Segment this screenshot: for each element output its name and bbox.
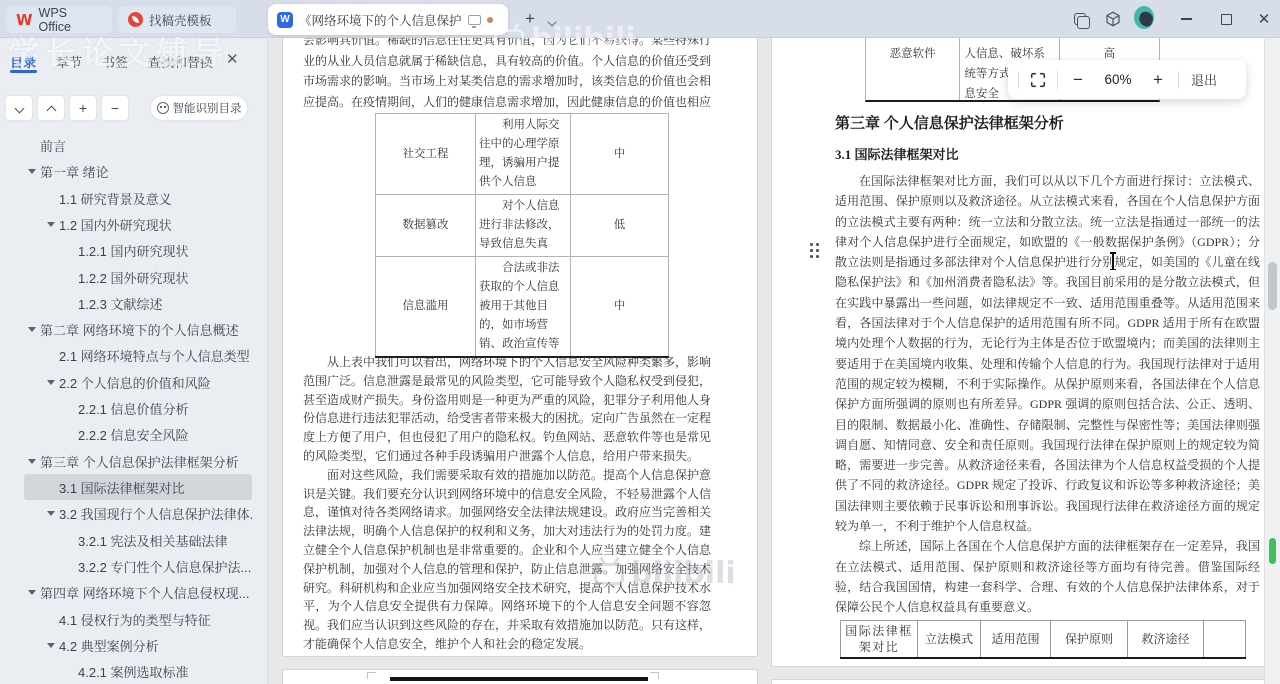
collapse-arrow-icon[interactable] — [45, 218, 57, 230]
maximize-button[interactable] — [1216, 9, 1236, 29]
toc-item-1-1[interactable]: 1.1 研究背景及意义 — [24, 185, 252, 211]
collapse-arrow-icon[interactable] — [45, 376, 57, 388]
toc-indent-spacer — [64, 560, 76, 572]
sidebar-tab-chapter[interactable]: 章节 — [56, 52, 82, 71]
tab-bar: W WPS Office 找稿壳模板 W 《网络环境下的个人信息保护 + ✕ — [0, 0, 1280, 38]
scrollbar-green-marker — [1269, 538, 1276, 564]
table-row: 信息滥用 合法或非法获取的个人信息被用于其他目的，如市场营销、政治宣传等 中 — [376, 257, 669, 358]
toc-item-3-2[interactable]: 3.2 我国现行个人信息保护法律体... — [24, 500, 252, 526]
smart-recognize-icon — [157, 102, 169, 114]
toc-indent-spacer — [45, 613, 57, 625]
doc-tab-title: 《网络环境下的个人信息保护 — [299, 11, 462, 29]
toc-item-preface[interactable]: 前言 — [24, 132, 252, 158]
collapse-arrow-icon[interactable] — [45, 507, 57, 519]
toc-indent-spacer — [64, 665, 76, 677]
zoom-out-outline-button[interactable]: − — [101, 95, 129, 121]
table-row: 国际法律框架对比 立法模式 适用范围 保护原则 救济途径 — [841, 621, 1246, 659]
toc-item-1-2-2[interactable]: 1.2.2 国外研究现状 — [24, 264, 252, 290]
tab-wps-label: WPS Office — [39, 6, 102, 34]
toc-indent-spacer — [45, 192, 57, 204]
toc-item-3-1-selected[interactable]: 3.1 国际法律框架对比 — [24, 474, 252, 500]
zoom-out-button[interactable]: − — [1068, 71, 1088, 88]
scrollbar-thumb[interactable] — [1268, 262, 1277, 310]
toolbar-divider — [1057, 71, 1058, 89]
toc-indent-spacer — [64, 428, 76, 440]
risk-type-cell: 恶意软件 — [866, 38, 960, 100]
chapter-heading: 第三章 个人信息保护法律框架分析 — [835, 112, 1064, 133]
collapse-arrow-icon[interactable] — [26, 455, 38, 467]
docer-icon — [128, 12, 143, 27]
zoom-toolbar: − 60% + 退出 — [1008, 60, 1246, 99]
risk-desc-cell: 利用人际交往中的心理学原理，诱骗用户提供个人信息 — [476, 114, 571, 195]
sidebar-tab-bookmark[interactable]: 书签 — [102, 52, 128, 71]
new-tab-button[interactable]: + — [518, 7, 542, 31]
tab-document-active[interactable]: W 《网络环境下的个人信息保护 — [268, 4, 508, 35]
document-next-page-right[interactable] — [772, 680, 1264, 684]
expand-all-button[interactable] — [5, 95, 33, 121]
table-row: 社交工程 利用人际交往中的心理学原理，诱骗用户提供个人信息 中 — [376, 114, 669, 195]
toc-item-2-2[interactable]: 2.2 个人信息的价值和风险 — [24, 369, 252, 395]
toc-indent-spacer — [45, 349, 57, 361]
risk-level-cell: 中 — [571, 114, 669, 195]
risk-type-cell: 社交工程 — [376, 114, 476, 195]
next-table-top-border — [390, 677, 648, 681]
zoom-in-outline-button[interactable]: + — [69, 95, 97, 121]
left-page-paragraph-2: 面对这些风险，我们需要采取有效的措施加以防范。提高个人信息保护意识是关键。我们要… — [303, 466, 711, 654]
compare-header-cell: 适用范围 — [981, 621, 1051, 659]
risk-table: 社交工程 利用人际交往中的心理学原理，诱骗用户提供个人信息 中 数据篡改 对个人… — [375, 113, 669, 358]
risk-type-cell: 信息滥用 — [376, 257, 476, 358]
risk-desc-cell: 对个人信息进行非法修改，导致信息失真 — [476, 195, 571, 257]
fit-screen-icon[interactable] — [1029, 71, 1047, 89]
sidebar-tab-catalog[interactable]: 目录 — [10, 52, 36, 71]
compare-header-cell: 救济途径 — [1128, 621, 1204, 659]
risk-desc-cell: 合法或非法获取的个人信息被用于其他目的，如市场营销、政治宣传等 — [476, 257, 571, 358]
toc-indent-spacer — [26, 139, 38, 151]
zoom-level-value[interactable]: 60% — [1098, 72, 1138, 87]
active-tab-underline — [10, 70, 37, 73]
toc-indent-spacer — [64, 271, 76, 283]
page-margin-mark — [367, 672, 376, 679]
collapse-arrow-icon[interactable] — [26, 165, 38, 177]
section-heading: 3.1 国际法律框架对比 — [835, 144, 959, 163]
toc-item-ch3[interactable]: 第三章 个人信息保护法律框架分析 — [24, 448, 252, 474]
smart-recognize-label: 智能识别目录 — [173, 100, 242, 116]
toc-indent-spacer — [64, 297, 76, 309]
toc-indent-spacer — [64, 534, 76, 546]
document-page-left[interactable]: 会影响其价值。稀缺的信息往往更具有价值，因为它们不易获得。某些特殊行业的从业人员… — [283, 38, 757, 656]
table-row: 数据篡改 对个人信息进行非法修改，导致信息失真 低 — [376, 195, 669, 257]
toc-item-ch2[interactable]: 第二章 网络环境下的个人信息概述 — [24, 316, 252, 342]
toc-item-3-2-2[interactable]: 3.2.2 专门性个人信息保护法... — [24, 553, 252, 579]
sidebar-tab-find-replace[interactable]: 查找和替换 — [148, 52, 213, 71]
toc-indent-spacer — [64, 402, 76, 414]
toc-item-1-2[interactable]: 1.2 国内外研究现状 — [24, 211, 252, 237]
unsaved-dot-icon — [487, 17, 493, 23]
share-screen-icon — [468, 15, 481, 25]
toc-indent-spacer — [64, 244, 76, 256]
toc-item-2-2-2[interactable]: 2.2.2 信息安全风险 — [24, 421, 252, 447]
vertical-scrollbar[interactable] — [1264, 38, 1280, 684]
tab-docer-label: 找稿壳模板 — [149, 11, 212, 29]
toolbar-divider — [1178, 71, 1179, 89]
compare-header-cell: 保护原则 — [1051, 621, 1128, 659]
text-cursor — [1112, 252, 1114, 270]
collapse-arrow-icon[interactable] — [26, 586, 38, 598]
risk-level-cell: 中 — [571, 257, 669, 358]
toolbar-divider — [1018, 71, 1019, 89]
minimize-button[interactable] — [1176, 9, 1196, 29]
toc-item-ch4[interactable]: 第四章 网络环境下个人信息侵权现... — [24, 579, 252, 605]
smart-recognize-button[interactable]: 智能识别目录 — [150, 95, 248, 121]
toc-item-4-2[interactable]: 4.2 典型案例分析 — [24, 632, 252, 658]
right-page-paragraph-2: 综上所述，国际上各国在个人信息保护方面的法律框架存在一定差异，我国在立法模式、适… — [835, 536, 1260, 616]
right-page-paragraph-1: 在国际法律框架对比方面，我们可以从以下几个方面进行探讨：立法模式、适用范围、保护… — [835, 171, 1260, 536]
compare-table-header: 国际法律框架对比 立法模式 适用范围 保护原则 救济途径 — [840, 620, 1246, 659]
toc-item-2-2-1[interactable]: 2.2.1 信息价值分析 — [24, 395, 252, 421]
left-page-top-paragraph: 会影响其价值。稀缺的信息往往更具有价值，因为它们不易获得。某些特殊行业的从业人员… — [303, 38, 711, 112]
close-window-button[interactable]: ✕ — [1254, 9, 1274, 29]
zoom-in-button[interactable]: + — [1148, 71, 1168, 88]
toc-item-ch1[interactable]: 第一章 绪论 — [24, 158, 252, 184]
navigation-sidebar: 目录 章节 书签 查找和替换 ✕ + − 智能识别目录 前言 第一章 绪论 1.… — [0, 38, 268, 684]
compare-header-cell: 立法模式 — [918, 621, 981, 659]
multi-window-icon[interactable] — [1070, 9, 1090, 29]
document-page-right[interactable]: 恶意软件 人信息、破坏系统等方式危害信息安全 高 第三章 个人信息保护法律框架分… — [772, 38, 1264, 666]
collapse-arrow-icon[interactable] — [26, 323, 38, 335]
exit-fullscreen-button[interactable]: 退出 — [1191, 70, 1217, 89]
wps-logo-icon: W — [16, 11, 33, 29]
collapse-arrow-icon[interactable] — [45, 639, 57, 651]
tab-docer-template[interactable]: 找稿壳模板 — [118, 6, 236, 33]
word-doc-icon: W — [277, 12, 293, 28]
toc-item-2-1[interactable]: 2.1 网络环境特点与个人信息类型 — [24, 342, 252, 368]
risk-level-cell: 低 — [571, 195, 669, 257]
tab-list-chevron-icon[interactable] — [548, 13, 556, 31]
compare-header-cell: 国际法律框架对比 — [841, 621, 918, 659]
sidebar-close-icon[interactable]: ✕ — [226, 50, 239, 68]
labs-cube-icon[interactable] — [1103, 9, 1123, 29]
user-avatar[interactable] — [1134, 7, 1154, 27]
collapse-all-button[interactable] — [37, 95, 65, 121]
toc-item-3-2-1[interactable]: 3.2.1 宪法及相关基础法律 — [24, 527, 252, 553]
page-margin-mark — [650, 672, 659, 679]
left-page-paragraph-1: 从上表中我们可以看出，网络环境下的个人信息安全风险种类繁多，影响范围广泛。信息泄… — [303, 353, 711, 466]
compare-header-empty-cell — [1204, 621, 1246, 659]
risk-type-cell: 数据篡改 — [376, 195, 476, 257]
toc-item-1-2-1[interactable]: 1.2.1 国内研究现状 — [24, 237, 252, 263]
toc-indent-spacer — [45, 481, 57, 493]
toc-item-4-1[interactable]: 4.1 侵权行为的类型与特征 — [24, 606, 252, 632]
paragraph-drag-handle-icon[interactable] — [810, 243, 820, 260]
document-next-page-left[interactable] — [283, 670, 757, 684]
toc-item-4-2-1[interactable]: 4.2.1 案例选取标准 — [24, 658, 252, 684]
tab-wps-office[interactable]: W WPS Office — [6, 6, 112, 33]
toc-item-1-2-3[interactable]: 1.2.3 文献综述 — [24, 290, 252, 316]
